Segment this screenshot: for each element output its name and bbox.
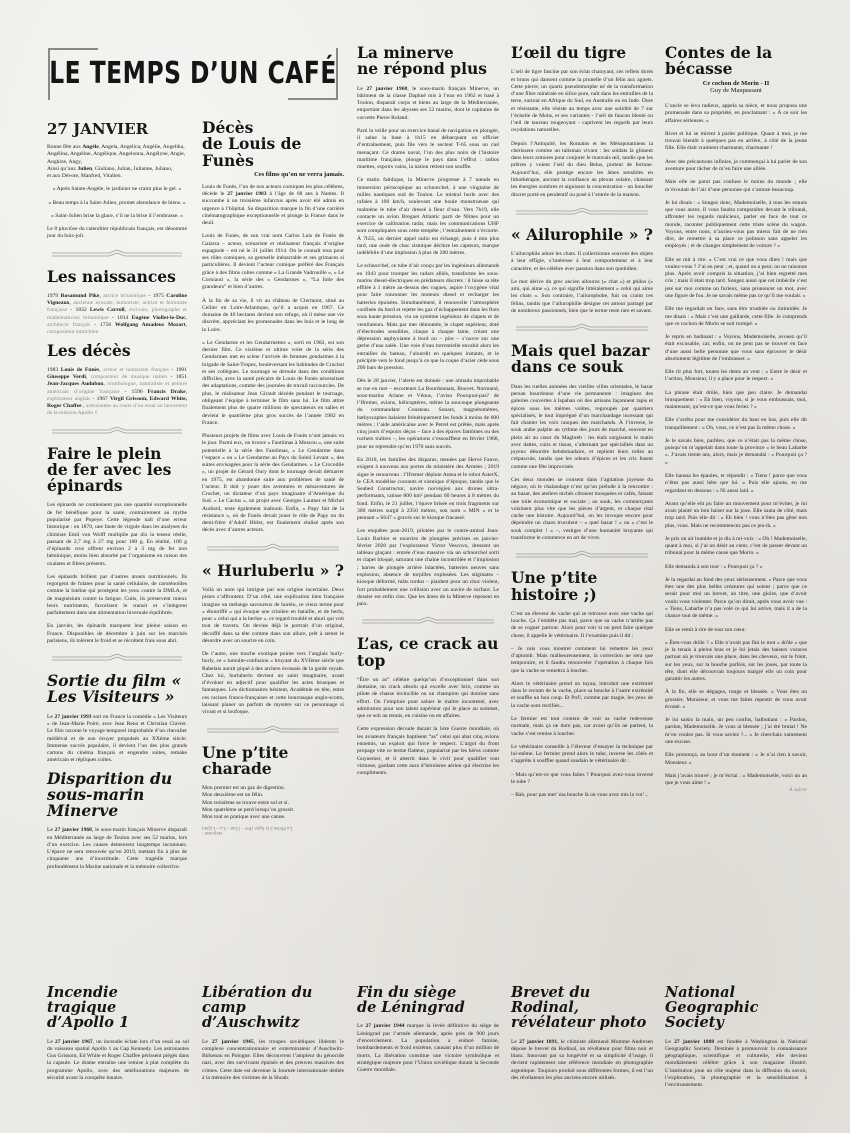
becasse-paragraph: L’oncle se leva radieux, appela sa nièce… [665, 103, 807, 125]
heading-line: d’Apollo 1 [47, 1014, 129, 1031]
body: marque la levée définitive du siège de L… [357, 1023, 499, 1073]
minerve-paragraph: Parti la veille pour un exercice banal d… [357, 128, 499, 172]
las-paragraph: “Être un as” célèbre quelqu’un d’excepti… [357, 677, 499, 721]
answer-label: Réponse : [202, 830, 222, 835]
minerve-short-text: Le 27 janvier 1968, le sous-marin frança… [47, 827, 187, 871]
ornament-divider [202, 725, 344, 735]
bottom-article-apollo: Incendie tragiqued’Apollo 1 Le 27 janvie… [47, 985, 189, 1088]
lead: Le [47, 714, 55, 720]
name-days-text: Ainsi qu’aux [47, 166, 77, 172]
becasse-paragraph: Je lui saisis la main, un peu confus, ba… [665, 717, 807, 746]
las-paragraph: Cette expression découle durant la 1ère … [357, 726, 499, 777]
histoire-paragraph: Alors le vétérinaire prend un tuyau, int… [511, 681, 653, 710]
answer-text: La Pêche à la ligne (Pet – Chat – La – L… [202, 825, 292, 830]
deaths-list: 1983 Louis de Funès, acteur et humoriste… [47, 367, 187, 418]
ailurophile-paragraph: Le mot dérive du grec ancien ailouros («… [511, 279, 653, 315]
becasse-paragraph: Avant qu’elle eût pu faire un mouvement … [665, 501, 807, 530]
lead: Le [357, 1023, 366, 1029]
becasse-heading: Contes de la bécasse [665, 45, 807, 78]
becasse-paragraph: Rivet et lui se mirent à parler politiqu… [665, 131, 807, 153]
death-year: 1983 [47, 367, 58, 373]
lead: Le [665, 1039, 674, 1045]
name-days-text: , Giuliano, Julian, Julianne, Juliano, [92, 166, 172, 172]
becasse-paragraph: Elle rit plus fort, toutes les dents au … [665, 369, 807, 384]
births-heading: Les naissances [47, 269, 187, 285]
bottom-article-natgeo: NationalGeographic Society Le 27 janvier… [665, 985, 807, 1096]
hurluberlu-heading: « Hurluberlu » ? [202, 563, 344, 579]
date-block: 27 JANVIER Bonne fête aux Angèle, Angela… [47, 120, 187, 241]
charade-line: Mon deuxième est un félin. [202, 792, 263, 798]
heading-line: dans ce souk [511, 357, 623, 376]
death-name: Giuseppe Verdi [47, 374, 86, 380]
histoire-article: Une p’tite histoire ;) C’est un éleveur … [511, 570, 653, 799]
lead: Le [47, 827, 55, 833]
becasse-paragraph: La phrase était drôle, bien que peu clai… [665, 390, 807, 412]
column-3: La minervene répond plus Le 27 janvier 1… [357, 45, 499, 783]
ornament-divider [47, 653, 187, 663]
name-days: Bonne fête aux Angèle, Angela, Angelica,… [47, 144, 187, 180]
oeil-heading: L’œil du tigre [511, 45, 653, 61]
heading-line: d’Auschwitz [202, 1014, 299, 1031]
histoire-paragraph: – Mais qu’est-ce que vous faites ? Pourq… [511, 772, 653, 787]
bottom-heading: Libération du campd’Auschwitz [202, 985, 344, 1031]
lead: Le [511, 1039, 519, 1045]
date: 27 janvier 1891 [519, 1039, 557, 1045]
death-desc: acteur et humoriste français [103, 367, 169, 373]
becasse-paragraph: Je le savais bien, parbleu, que ce n’éta… [665, 438, 807, 467]
oeil-paragraph: Depuis l’Antiquité, les Romains et les M… [511, 141, 653, 199]
ornament-divider [47, 426, 187, 436]
bottom-text: Le 27 janvier 1944 marque la levée défin… [357, 1023, 499, 1074]
birth-name: Lewis Carroll [90, 307, 125, 313]
birth-year: 1756 [100, 322, 111, 328]
heading-line: ne répond plus [357, 59, 487, 78]
death-year: 1967 [97, 396, 108, 402]
spinach-heading: Faire le plein de fer avec les épinards [47, 446, 187, 495]
to-be-continued: À suivre [665, 787, 807, 793]
visiteurs-article: Sortie du film « Les Visiteurs » Le 27 j… [47, 673, 187, 764]
body: , les troupes soviétiques libèrent le co… [202, 1039, 344, 1081]
bottom-heading: Brevet du Rodinal,révélateur photo [511, 985, 653, 1031]
body: est fondée à Washington la National Geog… [665, 1039, 807, 1089]
histoire-paragraph: Le fermier est tout content de voir sa v… [511, 716, 653, 738]
bazar-paragraph: Ces deux mondes se croisent dans l’agita… [511, 477, 653, 542]
newspaper-page: LE TEMPS D’UN CAFÉ 27 JANVIER Bonne fête… [0, 0, 850, 1133]
births-section: Les naissances 1979 Rosamund Pike, actri… [47, 269, 187, 337]
date: 27 janvier 1968 [55, 827, 92, 833]
date: 27 janvier 1968 [366, 86, 407, 92]
funes-heading: Décèsde Louis de Funès [202, 120, 344, 169]
histoire-paragraph: – Je vais vous montrer comment lui remet… [511, 646, 653, 675]
minerve-long-article: La minervene répond plus Le 27 janvier 1… [357, 45, 499, 608]
becasse-paragraph: Elle se remit à rire de tout son cœur. [665, 627, 807, 634]
ornament-divider [47, 249, 187, 259]
becasse-subtitle: Ce cochon de Morin - II [665, 80, 807, 88]
birth-name: Eugène Viollet-le-Duc [132, 315, 186, 321]
column-2: Décèsde Louis de Funès Ces films qu’on n… [202, 120, 344, 843]
republican-calendar: Le 8 pluviôse du calendrier républicain … [47, 226, 187, 241]
body: sort en France la comédie « Les Visiteur… [47, 714, 187, 764]
name-days-text: et aux Dévote, Manfred, Vitalien. [47, 173, 122, 179]
bottom-heading: NationalGeographic Society [665, 985, 807, 1031]
proverb: « Beau temps à la Saint-Julien, promet a… [47, 200, 187, 207]
column-5: Contes de la bécasse Ce cochon de Morin … [665, 45, 807, 793]
funes-paragraph: « Le Gendarme et les Gendarmettes », sor… [202, 340, 344, 427]
spinach-paragraph: En janvier, les épinards marquent leur p… [47, 623, 187, 645]
charade-article: Une p’tite charade Mon premier est un ga… [202, 745, 344, 836]
birth-desc: compositeur autrichien [47, 329, 98, 335]
heading-line: de Léningrad [357, 999, 465, 1016]
lead: Le [47, 1039, 55, 1045]
spinach-paragraph: Les épinards brillent par d’autres atout… [47, 574, 187, 618]
date: 27 janvier 1983 [227, 191, 266, 197]
histoire-paragraph: C’est un éleveur de vache qui se retrouv… [511, 611, 653, 640]
body: , le chimiste allemand Momme Andresen dé… [511, 1039, 653, 1081]
becasse-paragraph: Avec des précautions infinies, je commen… [665, 159, 807, 174]
bottom-text: Le 27 janvier 1888 est fondée à Washingt… [665, 1039, 807, 1090]
becasse-paragraph: Elle haussa les épaules, et répondit : «… [665, 473, 807, 495]
bottom-heading: Incendie tragiqued’Apollo 1 [47, 985, 189, 1031]
ornament-divider [511, 207, 653, 217]
death-year: 1851 [176, 374, 187, 380]
birth-name: Rosamund Pike [61, 293, 100, 299]
hurluberlu-paragraph: Voilà un nom qui intrigue par son origin… [202, 587, 344, 645]
birth-year: 1814 [117, 315, 128, 321]
name-days-bold: Angèle [82, 144, 98, 150]
minerve-short-article: Disparition du sous-marin Minerve Le 27 … [47, 771, 187, 871]
becasse-paragraph: Elle prononça, au bout d’un moment : « J… [665, 752, 807, 767]
bottom-article-auschwitz: Libération du campd’Auschwitz Le 27 janv… [202, 985, 344, 1088]
funes-article: Décèsde Louis de Funès Ces films qu’on n… [202, 120, 344, 535]
becasse-paragraph: Elle demanda à son tour : « Pourquoi ça … [665, 564, 807, 571]
becasse-paragraph: Mais elle ne parut pas confuse le moins … [665, 179, 807, 194]
birth-year: 1832 [75, 307, 86, 313]
minerve-long-heading: La minervene répond plus [357, 45, 499, 78]
date: 27 janvier 1945 [212, 1039, 254, 1045]
visiteurs-text: Le 27 janvier 1993 sort en France la com… [47, 714, 187, 765]
histoire-heading: Une p’tite histoire ;) [511, 570, 653, 603]
ornament-divider [511, 323, 653, 333]
name-days-text: Bonne fête aux [47, 144, 82, 150]
oeil-paragraph: L’œil de tigre fascine par son éclat cha… [511, 69, 653, 134]
column-1: 27 JANVIER Bonne fête aux Angèle, Angela… [47, 120, 187, 877]
birth-name: Wolfgang Amadeus Mozart [115, 322, 186, 328]
birth-year: 1975 [153, 293, 164, 299]
heading-line: révélateur photo [511, 1014, 646, 1031]
funes-paragraph: Louis de Funès, de son vrai nom Carlos L… [202, 233, 344, 291]
charade-line: Mon premier est un gaz de digestion. [202, 785, 285, 791]
bottom-heading: Fin du siègede Léningrad [357, 985, 499, 1015]
funes-paragraph: Louis de Funès, l’un de nos acteurs comi… [202, 184, 344, 228]
death-name: Jean-Jacques Audubon [47, 381, 103, 387]
ornament-divider [511, 550, 653, 560]
ornament-divider [357, 616, 499, 626]
bottom-article-rodinal: Brevet du Rodinal,révélateur photo Le 27… [511, 985, 653, 1088]
ailurophile-heading: « Ailurophile » ? [511, 227, 653, 243]
death-desc: explorateur anglais [47, 396, 90, 402]
bottom-article-leningrad: Fin du siègede Léningrad Le 27 janvier 1… [357, 985, 499, 1080]
becasse-paragraph: Mais j’avais trouvé ; je m’écriai : « Ma… [665, 773, 807, 788]
heading-line: de Louis de Funès [202, 134, 301, 169]
bottom-text: Le 27 janvier 1945, les troupes soviétiq… [202, 1039, 344, 1083]
minerve-short-heading: Disparition du sous-marin Minerve [47, 771, 187, 820]
ailurophile-paragraph: L’ailurophile adore les chats. Il collec… [511, 251, 653, 273]
births-list: 1979 Rosamund Pike, actrice britannique … [47, 293, 187, 337]
minerve-paragraph: Ce matin fatidique, la Minerve progresse… [357, 177, 499, 257]
date-heading: 27 JANVIER [47, 120, 187, 138]
heading-line: Incendie tragique [47, 984, 118, 1016]
becasse-paragraph: Elle me regardait en face, sans être tro… [665, 306, 807, 328]
birth-desc: actrice britannique [103, 293, 146, 299]
histoire-paragraph: Le vétérinaire conseille à l’éleveur d’e… [511, 744, 653, 766]
minerve-paragraph: En 2018, les familles des disparus, mené… [357, 457, 499, 522]
becasse-article: Contes de la bécasse Ce cochon de Morin … [665, 45, 807, 793]
becasse-paragraph: Je pris un air humble et je dis à mi-voi… [665, 536, 807, 558]
minerve-paragraph: Dès le 28 janvier, l’alerte est donnée :… [357, 378, 499, 451]
becasse-paragraph: Elle se mit à rire. « C’est vrai ce que … [665, 257, 807, 301]
proverb: « Après Sainte-Angèle, le jardinier ne c… [47, 186, 187, 193]
charade-line: Mon troisième se trouve entre sol et si. [202, 800, 289, 806]
las-heading: L’as, ce crack au top [357, 636, 499, 669]
body: , un incendie éclate lors d’un essai au … [47, 1039, 189, 1081]
charade-line: Mon quatrième se perd lorsqu’on grossit. [202, 807, 294, 813]
spinach-article: Faire le plein de fer avec les épinards … [47, 446, 187, 646]
deaths-heading: Les décès [47, 343, 187, 359]
hurluberlu-article: « Hurluberlu » ? Voilà un nom qui intrig… [202, 563, 344, 717]
becasse-author: Guy de Maupassant [665, 87, 807, 95]
hurluberlu-paragraph: De l’autre, une touche exotique pointe v… [202, 651, 344, 716]
bazar-heading: Mais quel bazardans ce souk [511, 343, 653, 376]
charade-heading: Une p’tite charade [202, 745, 344, 778]
ornament-divider [202, 543, 344, 553]
birth-desc: architecte français [47, 322, 90, 328]
lead: Le [202, 1039, 212, 1045]
date: 27 janvier 1888 [674, 1039, 714, 1045]
oeil-article: L’œil du tigre L’œil de tigre fascine pa… [511, 45, 653, 199]
becasse-paragraph: Je repris en badinant : « Voyons, Mademo… [665, 334, 807, 363]
column-4: L’œil du tigre L’œil de tigre fascine pa… [511, 45, 653, 805]
death-year: 1901 [176, 367, 187, 373]
charade-line: Mon tout se pratique avec une canne. [202, 814, 285, 820]
becasse-chapter: Ce cochon de Morin - II [703, 80, 770, 87]
death-name: Louis de Funès [61, 367, 99, 373]
minerve-paragraph: Le schnorchel, ce tube d’air conçu par l… [357, 263, 499, 372]
death-year: 1596 [132, 389, 143, 395]
becasse-paragraph: « Êtes-vous drôle ? » Elle n’avait pas f… [665, 640, 807, 684]
death-name: Francis Drake [148, 389, 186, 395]
heading-line: Brevet du Rodinal, [511, 984, 590, 1016]
masthead-title: LE TEMPS D’UN CAFÉ [49, 57, 337, 92]
name-days-bold: Julien [77, 166, 92, 172]
becasse-paragraph: Je la regardai au fond des yeux sérieuse… [665, 577, 807, 621]
date: 27 janvier 1944 [366, 1023, 405, 1029]
funes-paragraph: À la fin de sa vie, il vit au château de… [202, 298, 344, 334]
charade-answer-upside-down: Réponse : La Pêche à la ligne (Pet – Cha… [202, 825, 344, 835]
date: 27 janvier 1967 [55, 1039, 93, 1045]
heading-line: Libération du camp [202, 984, 312, 1016]
becasse-paragraph: Elle s’arrêta pour me considérer du haut… [665, 417, 807, 432]
charade-lines: Mon premier est un gaz de digestion. Mon… [202, 785, 344, 821]
bottom-text: Le 27 janvier 1891, le chimiste allemand… [511, 1039, 653, 1083]
funes-subtitle: Ces films qu’on ne verra jamais. [202, 171, 344, 178]
heading-line: Geographic Society [665, 999, 758, 1031]
date: 27 janvier 1993 [55, 714, 92, 720]
minerve-paragraph: Le 27 janvier 1968, le sous-marin frança… [357, 86, 499, 122]
las-article: L’as, ce crack au top “Être un as” célèb… [357, 636, 499, 777]
minerve-paragraph: Les enquêtes post-2019, pilotées par le … [357, 528, 499, 608]
body: , le sous-marin français Minerve dispara… [47, 827, 187, 869]
proverb: « Saint-Julien brise la glace, s’il ne l… [47, 213, 187, 220]
ailurophile-article: « Ailurophile » ? L’ailurophile adore le… [511, 227, 653, 315]
death-desc: compositeur de musique italien [91, 374, 167, 380]
histoire-paragraph: – Bah, pour pas met’ ma bouche là où vou… [511, 792, 653, 799]
spinach-paragraph: Les épinards ne contiennent pas une quan… [47, 502, 187, 567]
bottom-text: Le 27 janvier 1967, un incendie éclate l… [47, 1039, 189, 1083]
funes-paragraph: Plusieurs projets de films avec Louis de… [202, 433, 344, 535]
bazar-article: Mais quel bazardans ce souk Dans les rue… [511, 343, 653, 542]
visiteurs-heading: Sortie du film « Les Visiteurs » [47, 673, 187, 706]
birth-year: 1979 [47, 293, 58, 299]
becasse-paragraph: À la fin, elle se dégagea, rouge et bles… [665, 689, 807, 711]
deaths-section: Les décès 1983 Louis de Funès, acteur et… [47, 343, 187, 418]
masthead: LE TEMPS D’UN CAFÉ [48, 48, 338, 100]
bazar-paragraph: Dans les ruelles animées des vieilles vi… [511, 384, 653, 471]
becasse-paragraph: Je lui disais : « Songez donc, Mademoise… [665, 200, 807, 251]
